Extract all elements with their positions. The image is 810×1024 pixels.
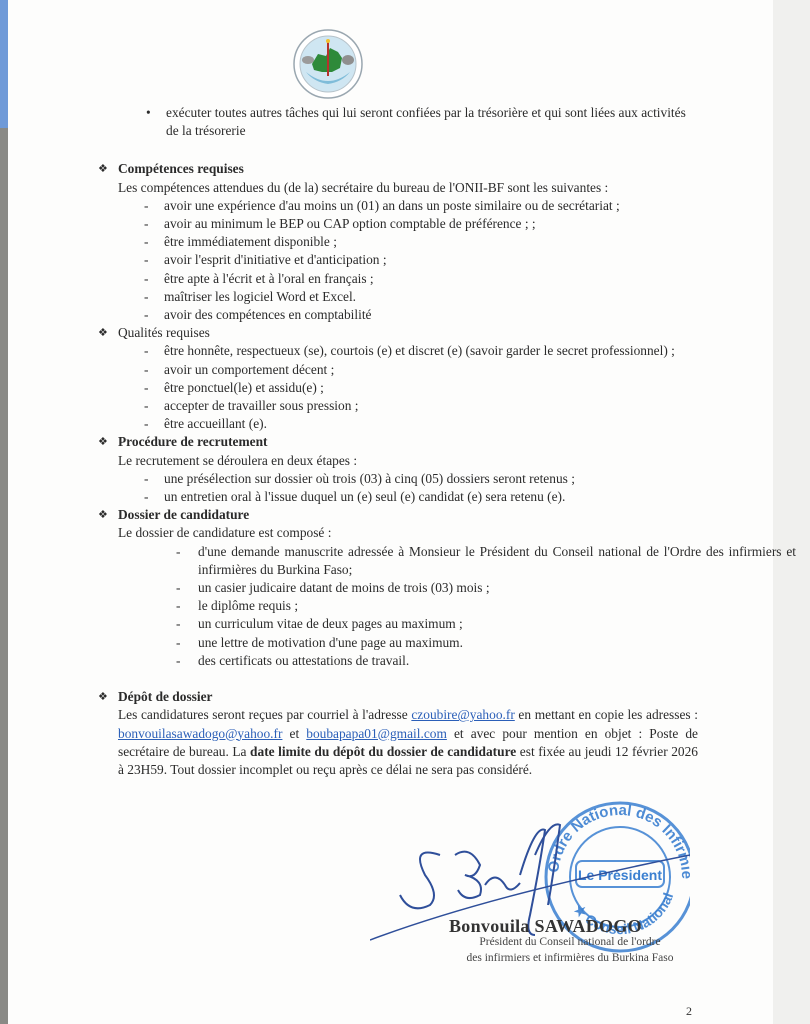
section-competences-intro: Les compétences attendues du (de la) sec… (98, 179, 698, 197)
section-procedure-intro: Le recrutement se déroulera en deux étap… (98, 452, 698, 470)
section-title-text: Compétences requises (118, 161, 244, 176)
viewer-left-edge (0, 0, 8, 1024)
section-title-text: Qualités requises (118, 325, 210, 340)
list-item: -une lettre de motivation d'une page au … (198, 634, 796, 652)
list-item: -avoir des compétences en comptabilité (164, 306, 698, 324)
list-item: -le diplôme requis ; (198, 597, 796, 615)
list-item: -une présélection sur dossier où trois (… (164, 470, 698, 488)
list-item: -maîtriser les logiciel Word et Excel. (164, 288, 698, 306)
top-bullet-text: exécuter toutes autres tâches qui lui se… (166, 105, 686, 138)
list-item: -un entretien oral à l'issue duquel un (… (164, 488, 698, 506)
dossier-list: -d'une demande manuscrite adressée à Mon… (22, 543, 796, 670)
onii-bf-logo-icon (292, 28, 364, 100)
email-link-boubapapa[interactable]: boubapapa01@gmail.com (306, 726, 447, 741)
list-item: -avoir au minimum le BEP ou CAP option c… (164, 215, 698, 233)
section-title-text: Dépôt de dossier (118, 689, 212, 704)
page-number: 2 (686, 1004, 692, 1019)
list-item: -accepter de travailler sous pression ; (164, 397, 698, 415)
top-bullet-item: • exécuter toutes autres tâches qui lui … (98, 104, 698, 140)
competences-list: -avoir une expérience d'au moins un (01)… (98, 197, 698, 324)
document-body: • exécuter toutes autres tâches qui lui … (98, 104, 698, 779)
section-competences-title: ❖ Compétences requises (98, 160, 698, 178)
deadline-emphasis: date limite du dépôt du dossier de candi… (250, 744, 516, 759)
diamond-bullet-icon: ❖ (98, 688, 108, 706)
list-item: -un casier judicaire datant de moins de … (198, 579, 796, 597)
section-dossier-intro: Le dossier de candidature est composé : (98, 524, 698, 542)
section-dossier-title: ❖ Dossier de candidature (98, 506, 698, 524)
diamond-bullet-icon: ❖ (98, 160, 108, 178)
section-title-text: Procédure de recrutement (118, 434, 267, 449)
qualites-list: -être honnête, respectueux (se), courtoi… (98, 342, 698, 433)
signer-title: Président du Conseil national de l'ordre… (440, 934, 700, 966)
page-right-margin (773, 0, 810, 1024)
list-item: -un curriculum vitae de deux pages au ma… (198, 615, 796, 633)
diamond-bullet-icon: ❖ (98, 506, 108, 524)
list-item: -être accueillant (e). (164, 415, 698, 433)
list-item: -d'une demande manuscrite adressée à Mon… (198, 543, 796, 579)
section-qualites-title: ❖ Qualités requises (98, 324, 698, 342)
list-item: -des certificats ou attestations de trav… (198, 652, 796, 670)
list-item: -avoir l'esprit d'initiative et d'antici… (164, 251, 698, 269)
list-item: -être apte à l'écrit et à l'oral en fran… (164, 270, 698, 288)
email-link-czoubire[interactable]: czoubire@yahoo.fr (411, 707, 514, 722)
section-procedure-title: ❖ Procédure de recrutement (98, 433, 698, 451)
diamond-bullet-icon: ❖ (98, 324, 108, 342)
list-item: -être ponctuel(le) et assidu(e) ; (164, 379, 698, 397)
procedure-list: -une présélection sur dossier où trois (… (98, 470, 698, 506)
diamond-bullet-icon: ❖ (98, 433, 108, 451)
list-item: -être immédiatement disponible ; (164, 233, 698, 251)
list-item: -avoir un comportement décent ; (164, 361, 698, 379)
list-item: -être honnête, respectueux (se), courtoi… (164, 342, 698, 360)
list-item: -avoir une expérience d'au moins un (01)… (164, 197, 698, 215)
bullet-dot: • (146, 104, 151, 122)
section-depot-paragraph: Les candidatures seront reçues par courr… (98, 706, 698, 779)
section-depot-title: ❖ Dépôt de dossier (98, 688, 698, 706)
section-title-text: Dossier de candidature (118, 507, 249, 522)
email-link-bonvouila[interactable]: bonvouilasawadogo@yahoo.fr (118, 726, 282, 741)
